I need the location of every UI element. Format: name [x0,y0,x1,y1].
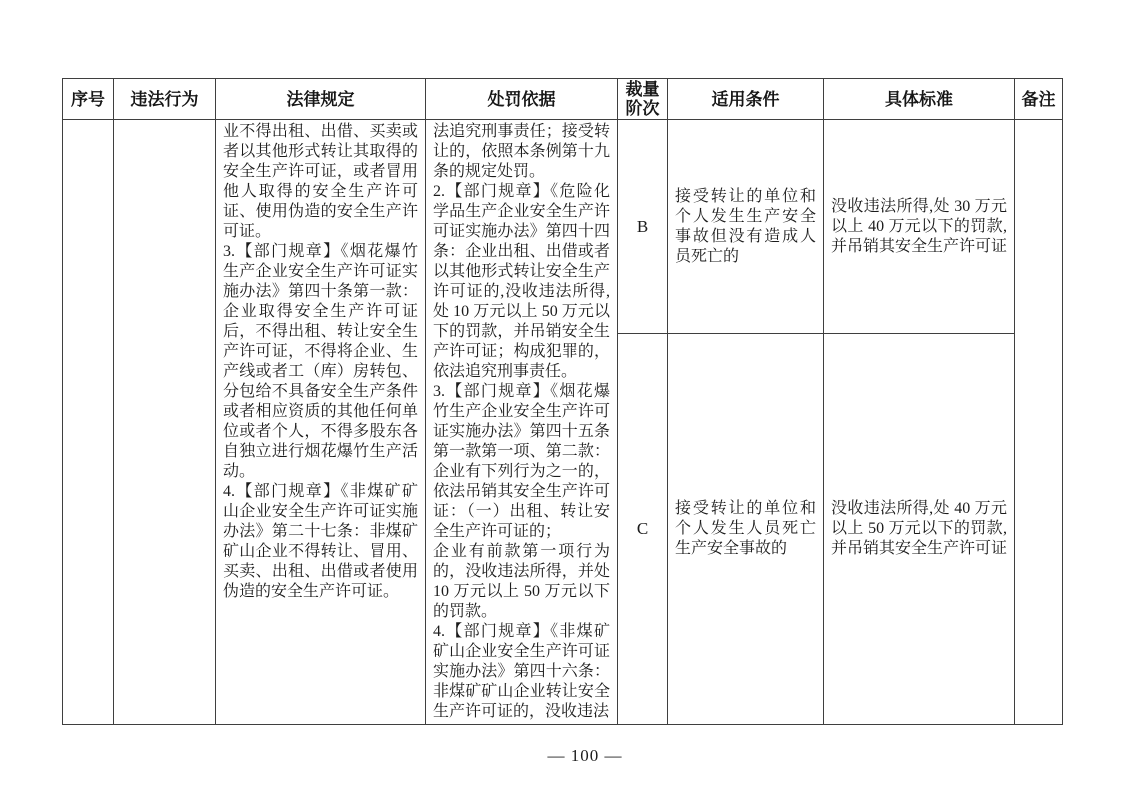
page-number: — 100 — [0,746,1122,766]
cell-remarks [1015,120,1063,725]
legal-provision-text: 业不得出租、出借、买卖或者以其他形式转让其取得的安全生产许可证，或者冒用他人取得… [223,122,418,602]
cell-discretion-level-c: C [618,334,668,725]
cell-standard-c: 没收违法所得,处 40 万元以上 50 万元以下的罚款,并吊销其安全生产许可证 [824,334,1015,725]
penalty-basis-text: 法追究刑事责任；接受转让的，依照本条例第十九条的规定处罚。 2.【部门规章】《危… [433,122,610,722]
cell-serial [63,120,114,725]
cell-discretion-level-b: B [618,120,668,334]
penalty-discretion-table: 序号 违法行为 法律规定 处罚依据 裁量阶次 适用条件 具体标准 备注 业不得出… [62,78,1063,725]
cell-legal-provision: 业不得出租、出借、买卖或者以其他形式转让其取得的安全生产许可证，或者冒用他人取得… [216,120,426,725]
header-remarks: 备注 [1015,79,1063,120]
header-discretion-level: 裁量阶次 [618,79,668,120]
header-illegal-act: 违法行为 [114,79,216,120]
header-legal-provision: 法律规定 [216,79,426,120]
cell-condition-c: 接受转让的单位和个人发生人员死亡生产安全事故的 [668,334,824,725]
header-penalty-basis: 处罚依据 [426,79,618,120]
cell-illegal-act [114,120,216,725]
cell-penalty-basis: 法追究刑事责任；接受转让的，依照本条例第十九条的规定处罚。 2.【部门规章】《危… [426,120,618,725]
header-serial: 序号 [63,79,114,120]
document-page: 序号 违法行为 法律规定 处罚依据 裁量阶次 适用条件 具体标准 备注 业不得出… [0,0,1122,793]
cell-standard-b: 没收违法所得,处 30 万元以上 40 万元以下的罚款,并吊销其安全生产许可证 [824,120,1015,334]
cell-condition-b: 接受转让的单位和个人发生生产安全事故但没有造成人员死亡的 [668,120,824,334]
header-specific-standard: 具体标准 [824,79,1015,120]
table-header-row: 序号 违法行为 法律规定 处罚依据 裁量阶次 适用条件 具体标准 备注 [63,79,1063,120]
header-applicable-conditions: 适用条件 [668,79,824,120]
table-row-level-b: 业不得出租、出借、买卖或者以其他形式转让其取得的安全生产许可证，或者冒用他人取得… [63,120,1063,334]
